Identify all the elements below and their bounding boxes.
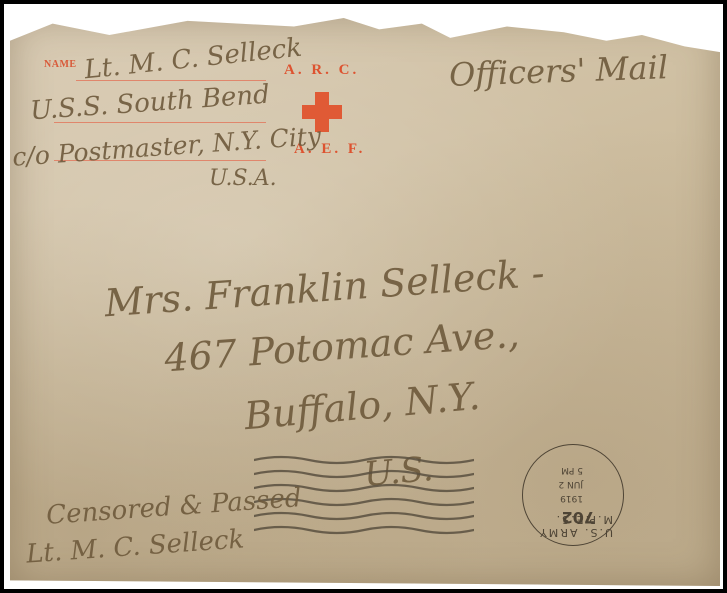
arc-label: A. R. C. [284, 62, 359, 79]
postmark-date: JUN 2 [558, 479, 583, 489]
postmark-year: 1919 [560, 493, 583, 503]
army-postmark: U.S. ARMY M.P.E.S. 702 1919 JUN 2 5 PM [522, 444, 624, 546]
postmark-station-number: 702 [562, 508, 595, 527]
sender-country: U.S.A. [209, 166, 277, 191]
officers-mail-note: Officers' Mail [448, 48, 668, 94]
postmark-time: 5 PM [561, 465, 583, 475]
image-frame: NAME A. R. C. A. E. F. Lt. M. C. Selleck… [4, 4, 723, 589]
printed-name-label: NAME [44, 59, 77, 70]
